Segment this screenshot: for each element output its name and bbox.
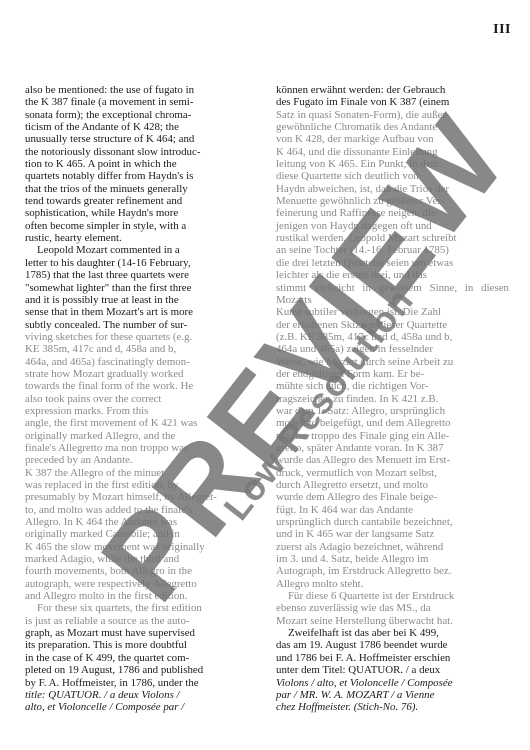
english-line-28: angle, the first movement of K 421 was <box>25 417 258 429</box>
english-line-42: and Allegro molto in the first edition. <box>25 590 258 602</box>
english-line-34: presumably by Mozart himself, by Allegre… <box>25 491 258 503</box>
english-line-37: originally marked Cantabile; and in <box>25 528 258 540</box>
german-line-5: von K 428, der markige Aufbau von <box>276 133 509 145</box>
german-line-3: Satz in quasi Sonaten-Form), die außer- <box>276 109 509 121</box>
english-column: also be mentioned: the use of fugato in … <box>25 84 258 714</box>
english-line-7: tion to K 465. A point in which the <box>25 158 258 170</box>
german-line-48: Violons / alto, et Violoncelle / Composé… <box>276 677 509 689</box>
page-number: III <box>493 22 511 38</box>
english-line-12: often become simpler in style, with a <box>25 220 258 232</box>
english-line-19: sense that in them Mozart's art is more <box>25 306 258 318</box>
german-line-29: gretto, später Andante voran. In K 387 <box>276 442 509 454</box>
german-line-16: leichter als die ersten drei, und das <box>276 269 509 281</box>
german-line-7: leitung von K 465. Ein Punkt, in dem <box>276 158 509 170</box>
english-line-21: viving sketches for these quartets (e.g. <box>25 331 258 343</box>
german-line-26: war dem 1. Satz: Allegro, ursprünglich <box>276 405 509 417</box>
english-line-30: finale's Allegretto ma non troppo was <box>25 442 258 454</box>
english-line-13: rustic, hearty element. <box>25 232 258 244</box>
english-line-24: strate how Mozart gradually worked <box>25 368 258 380</box>
english-line-16: 1785) that the last three quartets were <box>25 269 258 281</box>
german-line-49: par / MR. W. A. MOZART / a Vienne <box>276 689 509 701</box>
english-line-48: pleted on 19 August, 1786 and published <box>25 664 258 676</box>
english-line-3: sonata form); the exceptional chroma- <box>25 109 258 121</box>
german-line-6: K 464, und die dissonante Einleitung <box>276 146 509 158</box>
german-line-11: feinerung und Raffinesse neigen, die <box>276 207 509 219</box>
german-line-22: Weise, wie Mozart durch seine Arbeit zu <box>276 356 509 368</box>
german-line-50: chez Hoffmeister. (Stich-No. 76). <box>276 701 509 713</box>
english-line-45: graph, as Mozart must have supervised <box>25 627 258 639</box>
german-line-25: tragszeichen zu finden. In K 421 z.B. <box>276 393 509 405</box>
german-line-36: und in K 465 war der langsame Satz <box>276 528 509 540</box>
german-line-1: können erwähnt werden: der Gebrauch <box>276 84 509 96</box>
german-line-37: zuerst als Adagio bezeichnet, während <box>276 541 509 553</box>
english-line-51: alto, et Violoncelle / Composée par / <box>25 701 258 713</box>
german-line-15: die drei letzten Quartette seien um etwa… <box>276 257 509 269</box>
german-line-42: ebenso zuverlässig wie das MS., da <box>276 602 509 614</box>
german-line-23: der endgültigen Form kam. Er be- <box>276 368 509 380</box>
german-line-20: (z.B. KE 385m, 417c und d, 458a und b, <box>276 331 509 343</box>
german-line-17: stimmt vielleicht in gewissem Sinne, in … <box>276 282 509 307</box>
german-line-27: moderato beigefügt, und dem Allegretto <box>276 417 509 429</box>
german-line-30: wurde das Allegro des Menuett im Erst- <box>276 454 509 466</box>
english-line-31: preceded by an Andante. <box>25 454 258 466</box>
german-line-4: gewöhnliche Chromatik des Andante <box>276 121 509 133</box>
english-line-50: title: QUATUOR. / a deux Violons / <box>25 689 258 701</box>
english-line-29: originally marked Allegro, and the <box>25 430 258 442</box>
german-line-32: durch Allegretto ersetzt, und molto <box>276 479 509 491</box>
english-line-15: letter to his daughter (14-16 February, <box>25 257 258 269</box>
german-line-44: Zweifelhaft ist das aber bei K 499, <box>276 627 509 639</box>
german-line-34: fügt. In K 464 war das Andante <box>276 504 509 516</box>
german-column: können erwähnt werden: der Gebrauch des … <box>276 84 509 714</box>
english-line-43: For these six quartets, the first editio… <box>25 602 258 614</box>
english-line-39: marked Adagio, while the third and <box>25 553 258 565</box>
english-line-4: ticism of the Andante of K 428; the <box>25 121 258 133</box>
english-line-11: sophistication, while Haydn's more <box>25 207 258 219</box>
german-line-14: an seine Tochter (14.-16. Februar 1785) <box>276 244 509 256</box>
german-line-46: und 1786 bei F. A. Hoffmeister erschien <box>276 652 509 664</box>
german-line-2: des Fugato im Finale von K 387 (einem <box>276 96 509 108</box>
german-line-21: 464a und 465a) zeigen in fesselnder <box>276 343 509 355</box>
english-line-40: fourth movements, both Allegro in the <box>25 565 258 577</box>
english-line-49: by F. A. Hoffmeister, in 1786, under the <box>25 677 258 689</box>
german-line-18: Kunst subtiler verborgen ist. Die Zahl <box>276 306 509 318</box>
english-line-41: autograph, were respectively Allegretto <box>25 578 258 590</box>
german-line-39: Autograph, im Erstdruck Allegretto bez. <box>276 565 509 577</box>
german-line-9: Haydn abweichen, ist, daß die Trios der <box>276 183 509 195</box>
german-line-24: mühte sich auch, die richtigen Vor- <box>276 380 509 392</box>
english-line-5: unusually terse structure of K 464; and <box>25 133 258 145</box>
german-line-47: unter dem Titel: QUATUOR. / a deux <box>276 664 509 676</box>
german-line-19: der erhaltenen Skizzen dieser Quartette <box>276 319 509 331</box>
german-line-43: Mozart seine Herstellung überwacht hat. <box>276 615 509 627</box>
german-line-45: das am 19. August 1786 beendet wurde <box>276 639 509 651</box>
german-line-33: wurde dem Allegro des Finale beige- <box>276 491 509 503</box>
english-line-10: tend towards greater refinement and <box>25 195 258 207</box>
english-line-2: the K 387 finale (a movement in semi- <box>25 96 258 108</box>
german-line-10: Menuette gewöhnlich zu größerer Ver- <box>276 195 509 207</box>
german-line-41: Für diese 6 Quartette ist der Erstdruck <box>276 590 509 602</box>
english-line-23: 464a, and 465a) fascinatingly demon- <box>25 356 258 368</box>
english-line-44: is just as reliable a source as the auto… <box>25 615 258 627</box>
english-line-26: also took pains over the correct <box>25 393 258 405</box>
english-line-20: subtly concealed. The number of sur- <box>25 319 258 331</box>
german-line-12: jenigen von Haydn dagegen oft und <box>276 220 509 232</box>
german-line-40: Allegro molto steht. <box>276 578 509 590</box>
english-line-1: also be mentioned: the use of fugato in <box>25 84 258 96</box>
english-line-25: towards the final form of the work. He <box>25 380 258 392</box>
english-line-18: and it is possibly true at least in the <box>25 294 258 306</box>
german-line-28: ma non troppo des Finale ging ein Alle- <box>276 430 509 442</box>
english-line-33: was replaced in the first edition, by <box>25 479 258 491</box>
english-line-14: Leopold Mozart commented in a <box>25 244 258 256</box>
english-line-46: its preparation. This is more doubtful <box>25 639 258 651</box>
english-line-36: Allegro. In K 464 the Andante was <box>25 516 258 528</box>
english-line-8: quartets notably differ from Haydn's is <box>25 170 258 182</box>
german-line-8: diese Quartette sich deutlich von <box>276 170 509 182</box>
german-line-31: druck, vermutlich von Mozart selbst, <box>276 467 509 479</box>
german-line-35: ursprünglich durch cantabile bezeichnet, <box>276 516 509 528</box>
english-line-32: K 387 the Allegro of the minuet <box>25 467 258 479</box>
english-line-35: to, and molto was added to the finale's <box>25 504 258 516</box>
german-line-13: rustikal werden. Leopold Mozart schreibt <box>276 232 509 244</box>
english-line-38: K 465 the slow movement was originally <box>25 541 258 553</box>
english-line-9: that the trios of the minuets generally <box>25 183 258 195</box>
german-line-38: im 3. und 4. Satz, beide Allegro im <box>276 553 509 565</box>
english-line-27: expression marks. From this <box>25 405 258 417</box>
english-line-22: KE 385m, 417c and d, 458a and b, <box>25 343 258 355</box>
english-line-47: in the case of K 499, the quartet com- <box>25 652 258 664</box>
english-line-17: "somewhat lighter" than the first three <box>25 282 258 294</box>
english-line-6: the notoriously dissonant slow introduc- <box>25 146 258 158</box>
